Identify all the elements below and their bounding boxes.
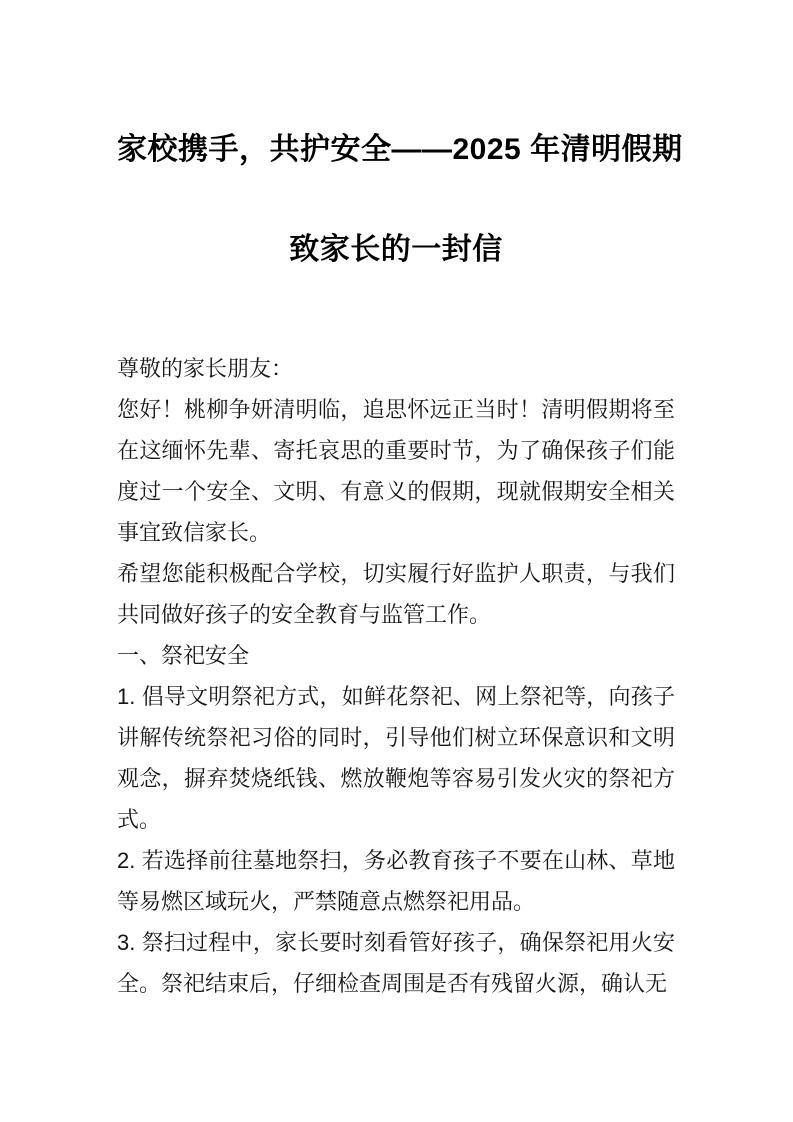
paragraph-item-1: 1. 倡导文明祭祀方式，如鲜花祭祀、网上祭祀等，向孩子讲解传统祭祀习俗的同时，引…: [117, 676, 675, 840]
paragraph-salutation: 尊敬的家长朋友：: [117, 348, 675, 389]
section-heading-sacrifice-safety: 一、祭祀安全: [117, 635, 675, 676]
paragraph-cooperation: 希望您能积极配合学校，切实履行好监护人职责，与我们共同做好孩子的安全教育与监管工…: [117, 553, 675, 635]
paragraph-item-2: 2. 若选择前往墓地祭扫，务必教育孩子不要在山林、草地等易燃区域玩火，严禁随意点…: [117, 840, 675, 922]
title-line-2: 致家长的一封信: [117, 200, 675, 300]
document-body: 尊敬的家长朋友： 您好！桃柳争妍清明临，追思怀远正当时！清明假期将至在这缅怀先辈…: [117, 348, 675, 1004]
document-page: 家校携手，共护安全——2025 年清明假期 致家长的一封信 尊敬的家长朋友： 您…: [0, 0, 793, 1122]
title-line-1: 家校携手，共护安全——2025 年清明假期: [117, 100, 675, 200]
paragraph-greeting: 您好！桃柳争妍清明临，追思怀远正当时！清明假期将至在这缅怀先辈、寄托哀思的重要时…: [117, 389, 675, 553]
document-title: 家校携手，共护安全——2025 年清明假期 致家长的一封信: [117, 100, 675, 300]
paragraph-item-3: 3. 祭扫过程中，家长要时刻看管好孩子，确保祭祀用火安全。祭祀结束后，仔细检查周…: [117, 922, 675, 1004]
